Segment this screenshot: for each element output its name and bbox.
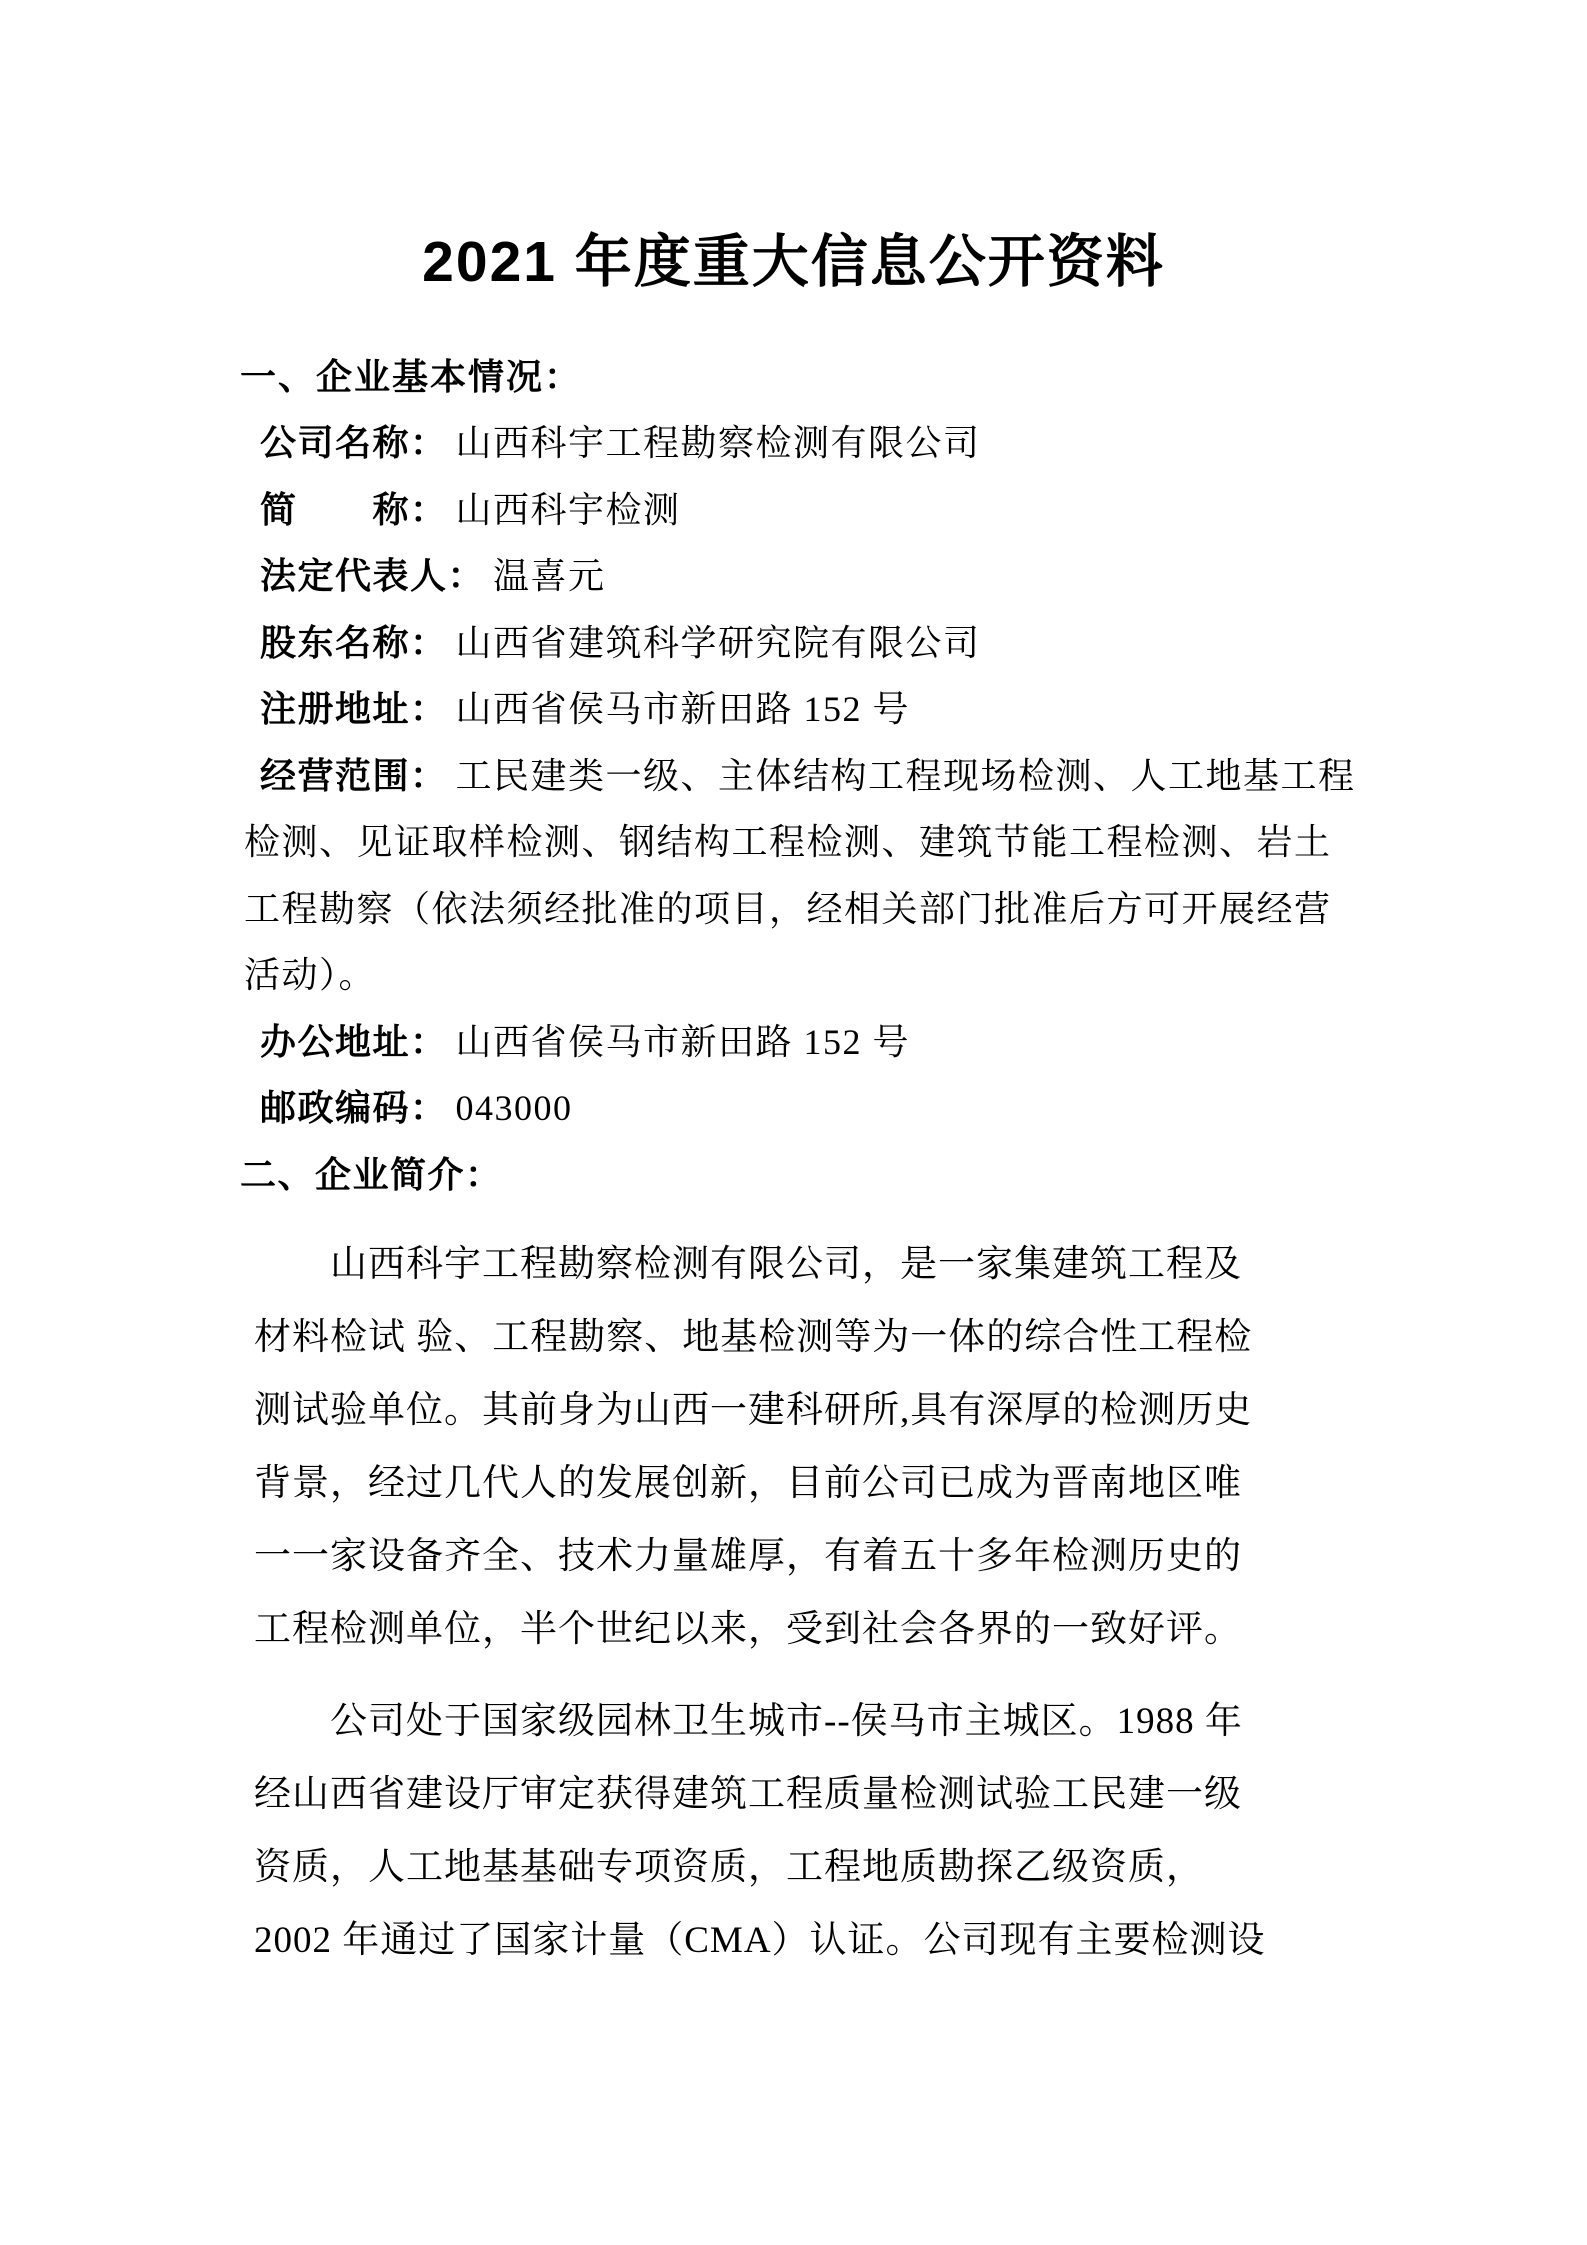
business-scope-line: 活动）。 [240, 942, 1467, 1009]
field-label: 简 称： [260, 490, 448, 530]
paragraph-line: 2002 年通过了国家计量（CMA）认证。公司现有主要检测设 [240, 1904, 1467, 1977]
paragraph-line: 公司处于国家级园林卫生城市--侯马市主城区。1988 年 [240, 1685, 1467, 1758]
field-value: 山西省侯马市新田路 152 号 [456, 689, 911, 729]
business-scope-line: 工程勘察（依法须经批准的项目，经相关部门批准后方可开展经营 [240, 876, 1467, 943]
field-label: 邮政编码： [260, 1088, 448, 1128]
field-label: 法定代表人： [260, 556, 485, 596]
paragraph-line: 山西科宇工程勘察检测有限公司，是一家集建筑工程及 [240, 1228, 1467, 1301]
field-label: 股东名称： [260, 623, 448, 663]
field-row-office-address: 办公地址：山西省侯马市新田路 152 号 [240, 1009, 1467, 1076]
field-value: 温喜元 [493, 556, 606, 596]
profile-paragraph-1: 山西科宇工程勘察检测有限公司，是一家集建筑工程及 材料检试 验、工程勘察、地基检… [240, 1228, 1467, 1666]
document-page: 2021 年度重大信息公开资料 一、企业基本情况： 公司名称：山西科宇工程勘察检… [0, 0, 1587, 2245]
business-scope-line: 检测、见证取样检测、钢结构工程检测、建筑节能工程检测、岩土 [240, 809, 1467, 876]
section-basic-heading: 一、企业基本情况： [240, 354, 1467, 400]
document-title: 2021 年度重大信息公开资料 [0, 0, 1587, 302]
paragraph-line: 工程检测单位，半个世纪以来，受到社会各界的一致好评。 [240, 1593, 1467, 1666]
field-row-company-name: 公司名称：山西科宇工程勘察检测有限公司 [240, 410, 1467, 477]
field-value: 山西科宇工程勘察检测有限公司 [456, 423, 981, 463]
basic-info-fields: 公司名称：山西科宇工程勘察检测有限公司 简 称：山西科宇检测 法定代表人：温喜元… [240, 410, 1467, 1208]
paragraph-line: 一一家设备齐全、技术力量雄厚，有着五十多年检测历史的 [240, 1520, 1467, 1593]
field-row-shareholder: 股东名称：山西省建筑科学研究院有限公司 [240, 610, 1467, 677]
field-value: 山西科宇检测 [456, 490, 681, 530]
paragraph-line: 背景，经过几代人的发展创新，目前公司已成为晋南地区唯 [240, 1447, 1467, 1520]
field-value: 043000 [456, 1088, 573, 1128]
field-row-short-name: 简 称：山西科宇检测 [240, 477, 1467, 544]
field-row-business-scope: 经营范围：工民建类一级、主体结构工程现场检测、人工地基工程 [240, 743, 1467, 810]
field-value: 工民建类一级、主体结构工程现场检测、人工地基工程 [456, 756, 1356, 796]
profile-paragraph-2: 公司处于国家级园林卫生城市--侯马市主城区。1988 年 经山西省建设厅审定获得… [240, 1685, 1467, 1977]
field-label: 公司名称： [260, 423, 448, 463]
field-value: 山西省侯马市新田路 152 号 [456, 1022, 911, 1062]
document-body: 一、企业基本情况： 公司名称：山西科宇工程勘察检测有限公司 简 称：山西科宇检测… [0, 354, 1587, 1977]
field-row-postal-code: 邮政编码：043000 [240, 1075, 1467, 1142]
paragraph-line: 经山西省建设厅审定获得建筑工程质量检测试验工民建一级 [240, 1758, 1467, 1831]
field-value: 山西省建筑科学研究院有限公司 [456, 623, 981, 663]
field-label: 注册地址： [260, 689, 448, 729]
section-profile-heading: 二、企业简介： [240, 1142, 1467, 1209]
field-label: 经营范围： [260, 756, 448, 796]
field-row-legal-representative: 法定代表人：温喜元 [240, 543, 1467, 610]
paragraph-line: 测试验单位。其前身为山西一建科研所,具有深厚的检测历史 [240, 1374, 1467, 1447]
paragraph-line: 材料检试 验、工程勘察、地基检测等为一体的综合性工程检 [240, 1301, 1467, 1374]
paragraph-line: 资质，人工地基基础专项资质，工程地质勘探乙级资质， [240, 1831, 1467, 1904]
field-row-registered-address: 注册地址：山西省侯马市新田路 152 号 [240, 676, 1467, 743]
field-label: 办公地址： [260, 1022, 448, 1062]
